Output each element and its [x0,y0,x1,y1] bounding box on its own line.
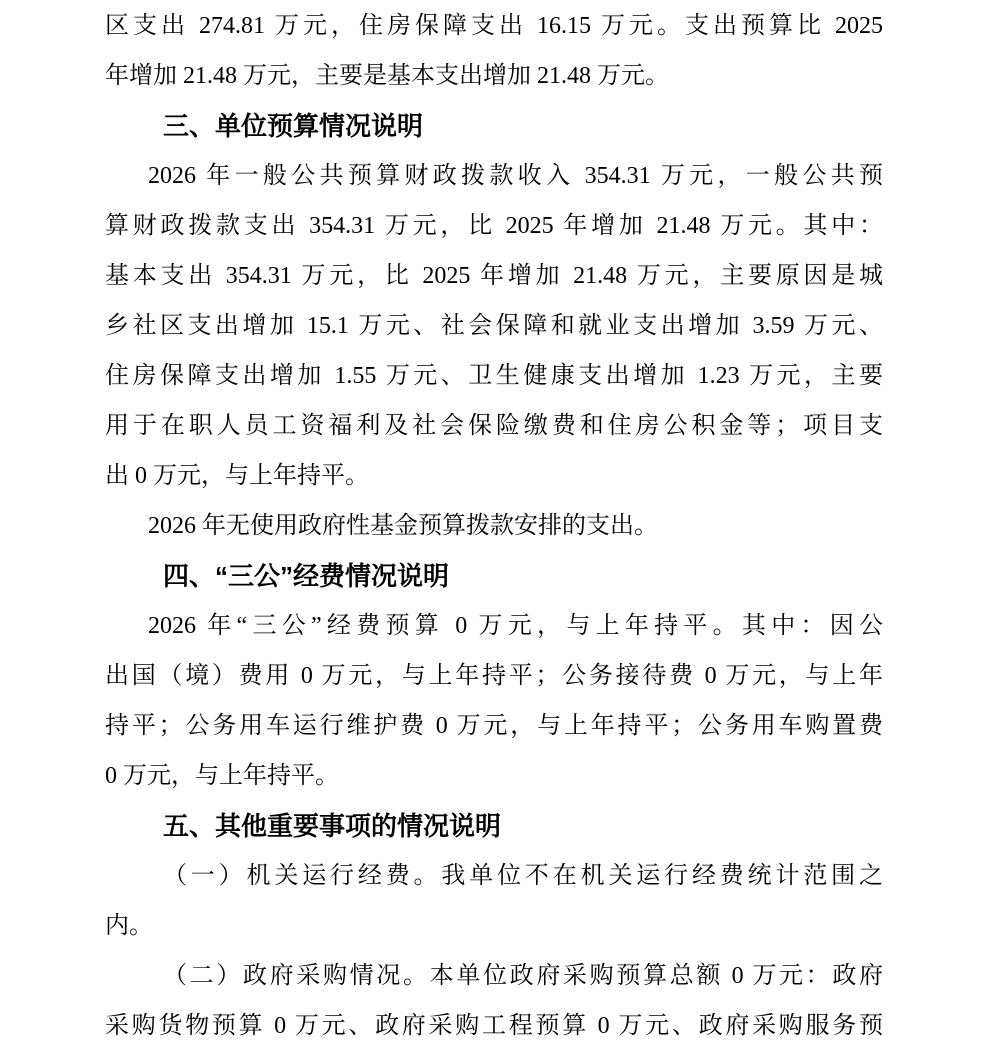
section-heading: 四、“三公”经费情况说明 [105,551,883,601]
body-line: 2026 年一般公共预算财政拨款收入 354.31 万元，一般公共预 [105,151,883,201]
body-line: 2026 年“三公”经费预算 0 万元，与上年持平。其中：因公 [105,601,883,651]
body-line: 2026 年无使用政府性基金预算拨款安排的支出。 [105,501,883,551]
body-line: 采购货物预算 0 万元、政府采购工程预算 0 万元、政府采购服务预 [105,1001,883,1051]
body-line: 用于在职人员工资福利及社会保险缴费和住房公积金等；项目支 [105,401,883,451]
body-line: （一）机关运行经费。我单位不在机关运行经费统计范围之 [105,851,883,901]
body-line: （二）政府采购情况。本单位政府采购预算总额 0 万元：政府 [105,951,883,1001]
body-line: 持平；公务用车运行维护费 0 万元，与上年持平；公务用车购置费 [105,701,883,751]
body-line: 0 万元，与上年持平。 [105,751,883,801]
body-line: 区支出 274.81 万元，住房保障支出 16.15 万元。支出预算比 2025 [105,1,883,51]
section-heading: 三、单位预算情况说明 [105,101,883,151]
body-line: 出 0 万元，与上年持平。 [105,451,883,501]
body-line: 年增加 21.48 万元，主要是基本支出增加 21.48 万元。 [105,51,883,101]
body-line: 算财政拨款支出 354.31 万元，比 2025 年增加 21.48 万元。其中… [105,201,883,251]
document-page: 区支出 274.81 万元，住房保障支出 16.15 万元。支出预算比 2025… [0,0,1000,1053]
section-heading: 五、其他重要事项的情况说明 [105,801,883,851]
body-line: 基本支出 354.31 万元，比 2025 年增加 21.48 万元，主要原因是… [105,251,883,301]
body-line: 乡社区支出增加 15.1 万元、社会保障和就业支出增加 3.59 万元、 [105,301,883,351]
body-line: 内。 [105,901,883,951]
body-line: 出国（境）费用 0 万元，与上年持平；公务接待费 0 万元，与上年 [105,651,883,701]
body-line: 住房保障支出增加 1.55 万元、卫生健康支出增加 1.23 万元，主要 [105,351,883,401]
